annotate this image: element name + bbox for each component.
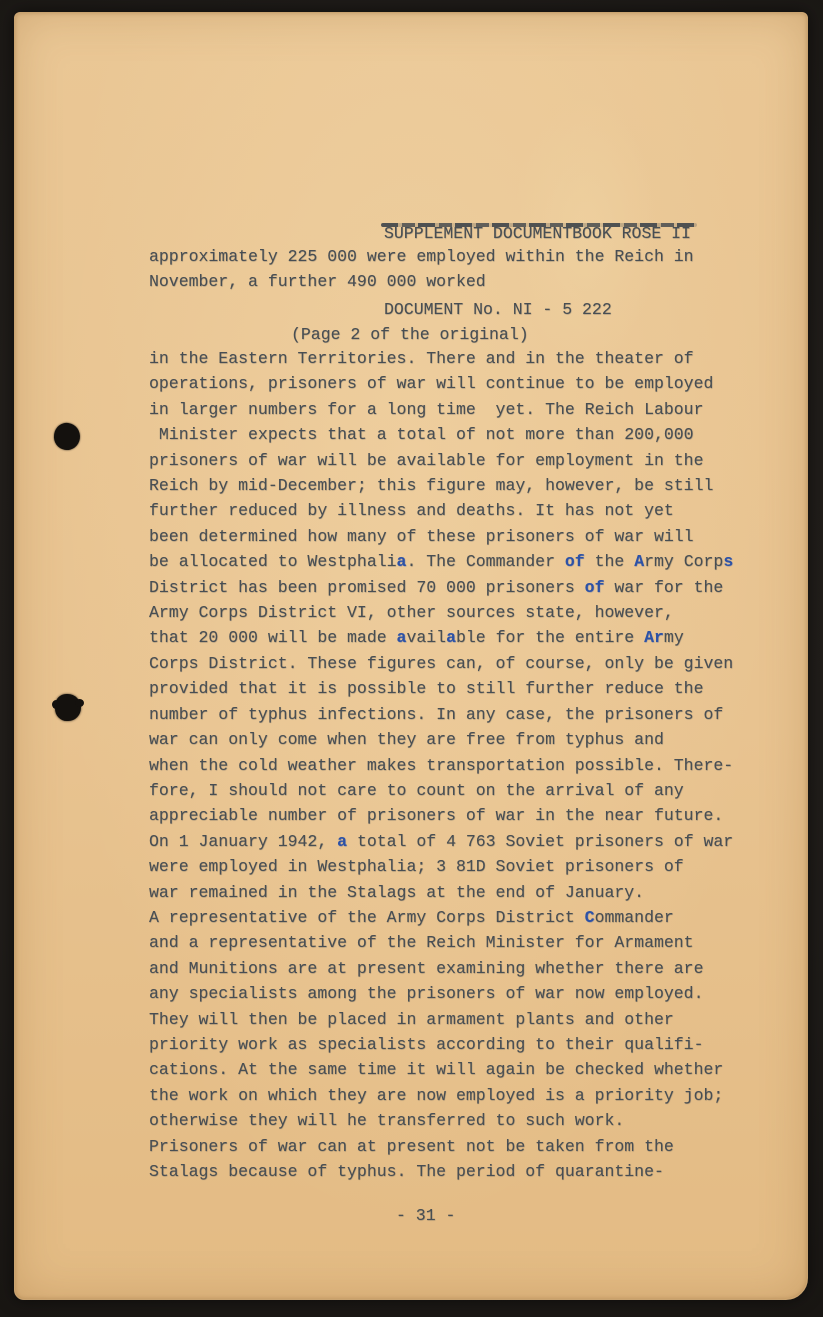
page-note: (Page 2 of the original): [291, 322, 529, 347]
typewritten-line: priority work as specialists according t…: [149, 1032, 733, 1057]
typewritten-line: and Munitions are at present examining w…: [149, 956, 733, 981]
typewritten-line: been determined how many of these prison…: [149, 524, 733, 549]
typewritten-line: Army Corps District VI, other sources st…: [149, 600, 733, 625]
typewritten-line: Corps District. These figures can, of co…: [149, 651, 733, 676]
blue-ink-correction: of: [565, 552, 585, 571]
typewritten-line: cations. At the same time it will again …: [149, 1057, 733, 1082]
typewritten-line: They will then be placed in armament pla…: [149, 1007, 733, 1032]
typewritten-line: be allocated to Westphalia. The Commande…: [149, 549, 733, 574]
blue-ink-correction: a: [446, 628, 456, 647]
blue-ink-correction: Ar: [644, 628, 664, 647]
typewritten-line: Reich by mid-December; this figure may, …: [149, 473, 733, 498]
typewritten-line: number of typhus infections. In any case…: [149, 702, 733, 727]
typewritten-line: Stalags because of typhus. The period of…: [149, 1159, 733, 1184]
typewritten-line: any specialists among the prisoners of w…: [149, 981, 733, 1006]
typewritten-line: District has been promised 70 000 prison…: [149, 575, 733, 600]
typewritten-line: provided that it is possible to still fu…: [149, 676, 733, 701]
blue-ink-correction: of: [585, 578, 605, 597]
typewritten-line: appreciable number of prisoners of war i…: [149, 803, 733, 828]
typewritten-line: approximately 225 000 were employed with…: [149, 244, 694, 269]
typewritten-line: prisoners of war will be available for e…: [149, 448, 733, 473]
typewritten-line: in larger numbers for a long time yet. T…: [149, 397, 733, 422]
blue-ink-correction: a: [397, 552, 407, 571]
typewritten-line: fore, I should not care to count on the …: [149, 778, 733, 803]
header-underline: [381, 223, 697, 227]
typewritten-line: in the Eastern Territories. There and in…: [149, 346, 733, 371]
paper-sheet: SUPPLEMENT DOCUMENTBOOK ROSE II DOCUMENT…: [14, 12, 808, 1300]
typewritten-line: further reduced by illness and deaths. I…: [149, 498, 733, 523]
typewritten-line: Minister expects that a total of not mor…: [149, 422, 733, 447]
blue-ink-correction: A: [634, 552, 644, 571]
typewritten-line: otherwise they will he transferred to su…: [149, 1108, 733, 1133]
scanned-document-page: SUPPLEMENT DOCUMENTBOOK ROSE II DOCUMENT…: [0, 0, 823, 1317]
body-paragraph: in the Eastern Territories. There and in…: [149, 346, 733, 1184]
header-line-2: DOCUMENT No. NI - 5 222: [384, 297, 691, 322]
typewritten-line: Prisoners of war can at present not be t…: [149, 1134, 733, 1159]
blue-ink-correction: s: [723, 552, 733, 571]
blue-ink-correction: C: [585, 908, 595, 927]
typewritten-line: were employed in Westphalia; 3 81D Sovie…: [149, 854, 733, 879]
typewritten-line: when the cold weather makes transportati…: [149, 753, 733, 778]
typewritten-line: the work on which they are now employed …: [149, 1083, 733, 1108]
blue-ink-correction: a: [337, 832, 347, 851]
hole-punch-icon: [55, 694, 81, 721]
hole-punch-icon: [52, 421, 82, 451]
blue-ink-correction: a: [397, 628, 407, 647]
typewritten-line: war can only come when they are free fro…: [149, 727, 733, 752]
typewritten-line: On 1 January 1942, a total of 4 763 Sovi…: [149, 829, 733, 854]
page-number: - 31 -: [396, 1203, 455, 1228]
typewritten-line: A representative of the Army Corps Distr…: [149, 905, 733, 930]
typewritten-line: operations, prisoners of war will contin…: [149, 371, 733, 396]
intro-paragraph: approximately 225 000 were employed with…: [149, 244, 694, 295]
typewritten-line: that 20 000 will be made available for t…: [149, 625, 733, 650]
typewritten-line: and a representative of the Reich Minist…: [149, 930, 733, 955]
typewritten-line: war remained in the Stalags at the end o…: [149, 880, 733, 905]
typewritten-line: November, a further 490 000 worked: [149, 269, 694, 294]
